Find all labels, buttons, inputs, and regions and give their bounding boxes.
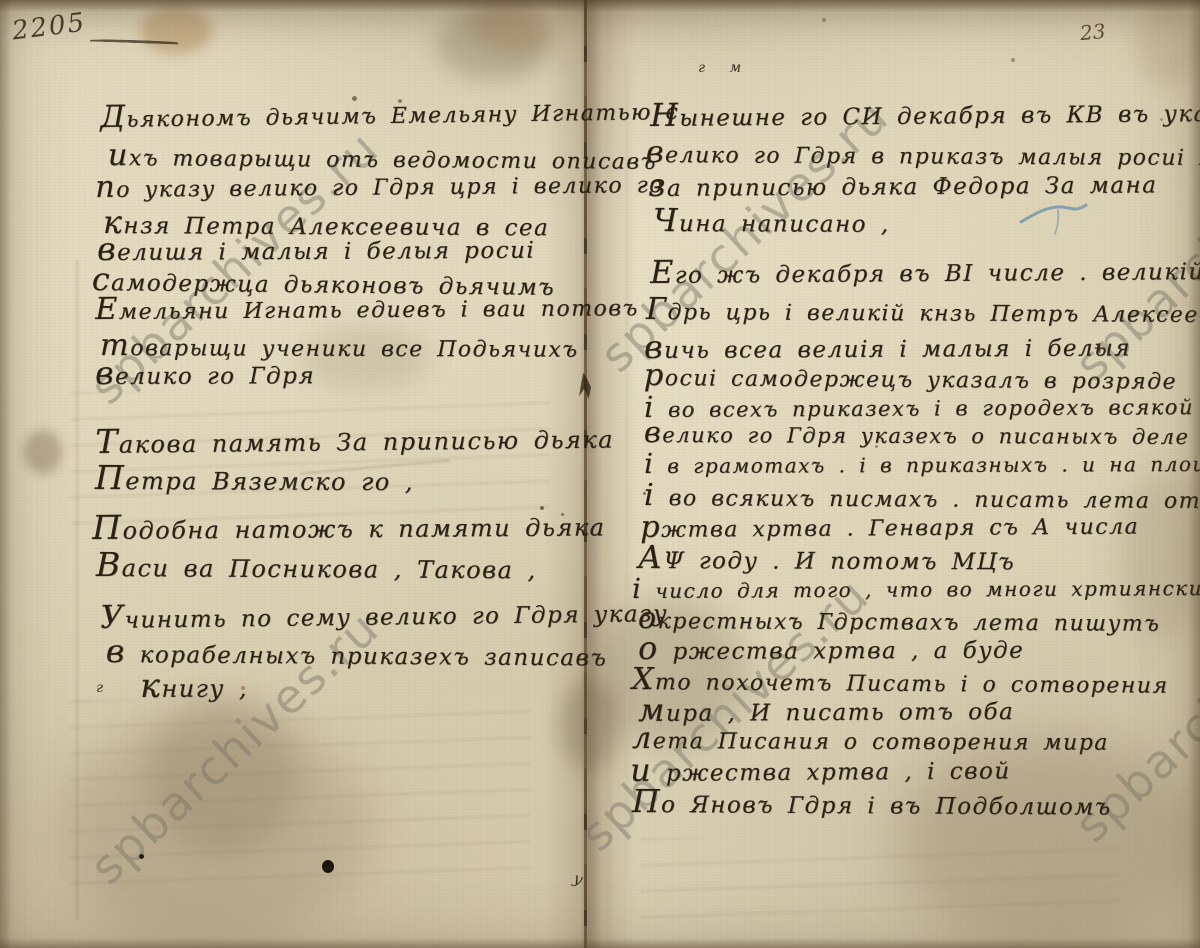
manuscript-scan: spbarchives.ru spbarchives.ru spbarchive… [0,0,1200,948]
right-page-line: и ржества хртва , і свой [630,750,1011,789]
left-page-line: велико го Гдря [95,355,315,392]
right-page-line: о ржества хртва , а буде [638,630,1024,667]
left-page-line: Подобна натожъ к памяти дьяка [92,504,606,547]
right-page-line: і число для того , что во многи хртиянск… [632,569,1200,605]
right-page-line: Чина написано , [653,203,890,240]
right-page-line: ржтва хртва . Генваря съ А числа [640,507,1139,545]
margin-letter-mark: г [96,680,103,696]
left-page-line: Такова память За приписью дьяка [95,417,614,461]
right-page-line: і в грамотахъ . і в приказныхъ . и на пл… [644,445,1200,480]
right-page-line: Гдрь црь і великій кнзь Петръ Алексее- [646,292,1200,330]
scan-edge-right [1188,0,1200,948]
left-page-line: по указу велико го Гдря цря і велико го [95,165,664,205]
blue-pencil-mark [1018,192,1092,242]
folio-number-right: 23 [1079,19,1106,45]
left-page-line: Учинить по сему велико го Гдря указу [100,593,668,636]
right-page-line: Нынешне го СИ декабря въ КВ въ указе [650,93,1200,134]
scan-edge-top [0,0,1200,12]
scan-edge-left [0,0,12,948]
superscript-note: г м [698,60,751,76]
left-page-line: Емельяни Игнать едиевъ і ваи потовъ [95,288,639,327]
scan-edge-bottom [0,938,1200,948]
right-page-line: Его жъ декабря въ ВІ числе . великій [650,251,1200,291]
margin-cross-mark: + [1093,338,1106,357]
left-page-line: Петра Вяземско го , [95,458,414,498]
left-page-line: книгу , [140,665,248,705]
right-page-line: По Яновъ Гдря і въ Подболшомъ [632,784,1112,823]
left-page-line: Васи ва Посникова , Такова , [96,545,537,586]
